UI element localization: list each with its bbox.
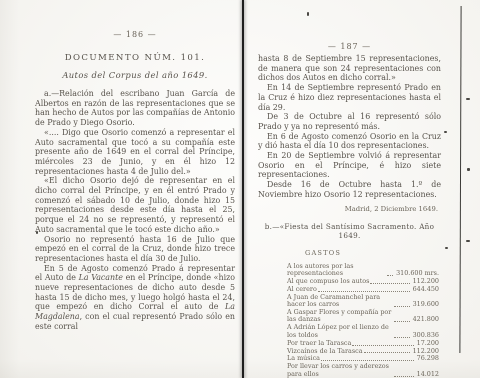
expenses-table: A los autores por las representaciones31… [287,263,439,378]
dotted-leader [394,321,410,322]
expense-row: A Juan de Caramanchel para hacer los car… [287,294,439,309]
paragraph: hasta 8 de Septiembre 15 representacione… [258,54,441,83]
paragraph: En 14 de Septiembre representó Prado en … [258,83,441,112]
ink-speck [36,231,38,234]
expense-label: A los autores por las representaciones [287,263,386,278]
page-right-text-block: — 187 — hasta 8 de Septiembre 15 represe… [258,42,441,378]
dotted-leader [387,275,393,276]
ink-speck [467,168,470,171]
dotted-leader [394,376,414,377]
section-heading: b.—«Fiesta del Santísimo Sacramento. Año… [258,222,441,240]
paragraph: «.... Digo que Osorio comenzó a represen… [35,128,235,177]
document-title: DOCUMENTO NÚM. 101. [35,53,235,63]
document-subtitle: Autos del Corpus del año 1649. [35,70,235,80]
expense-label: A Adrián López por el lienzo de los told… [287,324,393,339]
ink-speck [466,98,470,100]
dotted-leader [394,337,410,338]
expense-row: Por llevar los carros y aderezos para el… [287,363,439,378]
ink-speck [307,12,309,16]
expense-label: Por llevar los carros y aderezos para el… [287,363,393,378]
ink-speck [466,240,470,242]
expense-amount: 421.800 [413,316,439,323]
paragraph: a.—Relación del escribano Juan García de… [35,89,235,128]
page-number-right: — 187 — [258,42,441,51]
ink-speck [444,131,447,133]
expense-row: A los autores por las representaciones31… [287,263,439,278]
page-gutter-rule [242,0,244,378]
dotted-leader [321,360,414,361]
paragraph: De 3 de Octubre al 16 representó sólo Pr… [258,112,441,131]
ink-speck [445,247,448,249]
page-left-text-block: — 186 — DOCUMENTO NÚM. 101. Autos del Co… [35,30,235,332]
expense-amount: 76.298 [417,355,439,362]
dateline: Madrid, 2 Diciembre 1649. [258,205,441,213]
expense-amount: 17.200 [417,340,439,347]
dotted-leader [318,291,410,292]
expenses-heading: GASTOS [305,249,441,257]
expense-amount: 319.600 [413,301,439,308]
page-right: — 187 — hasta 8 de Septiembre 15 represe… [244,0,462,378]
expense-amount: 644.450 [413,286,439,293]
expense-row: A Adrián López por el lienzo de los told… [287,324,439,339]
paragraph: En 5 de Agosto comenzó Prado á represent… [35,264,235,332]
expense-amount: 300.836 [413,332,439,339]
paragraph: Desde 16 de Octubre hasta 1.º de Noviemb… [258,180,441,199]
dotted-leader [370,283,409,284]
book-scan: — 186 — DOCUMENTO NÚM. 101. Autos del Co… [0,0,480,378]
dotted-leader [364,352,410,353]
page-left: — 186 — DOCUMENTO NÚM. 101. Autos del Co… [0,0,243,378]
expense-row: A Gaspar Flores y compañía por las danza… [287,309,439,324]
paragraph: En 20 de Septiembre volvió á representar… [258,151,441,180]
expense-label: A Juan de Caramanchel para hacer los car… [287,294,393,309]
expense-label: A Gaspar Flores y compañía por las danza… [287,309,393,324]
dotted-leader [352,345,413,346]
paragraph: En 6 de Agosto comenzó Osorio en la Cruz… [258,132,441,151]
right-page-body: hasta 8 de Septiembre 15 representacione… [258,54,441,200]
expense-amount: 14.012 [417,371,439,378]
expense-label: Por traer la Tarasca [287,340,351,347]
paragraph: «El dicho Osorio dejó de representar en … [35,176,235,234]
paragraph: Osorio no representó hasta 16 de Julio q… [35,235,235,264]
page-number-left: — 186 — [35,30,235,39]
left-page-body: a.—Relación del escribano Juan García de… [35,89,235,332]
expense-row: Por traer la Tarasca17.200 [287,340,439,347]
dotted-leader [394,306,410,307]
